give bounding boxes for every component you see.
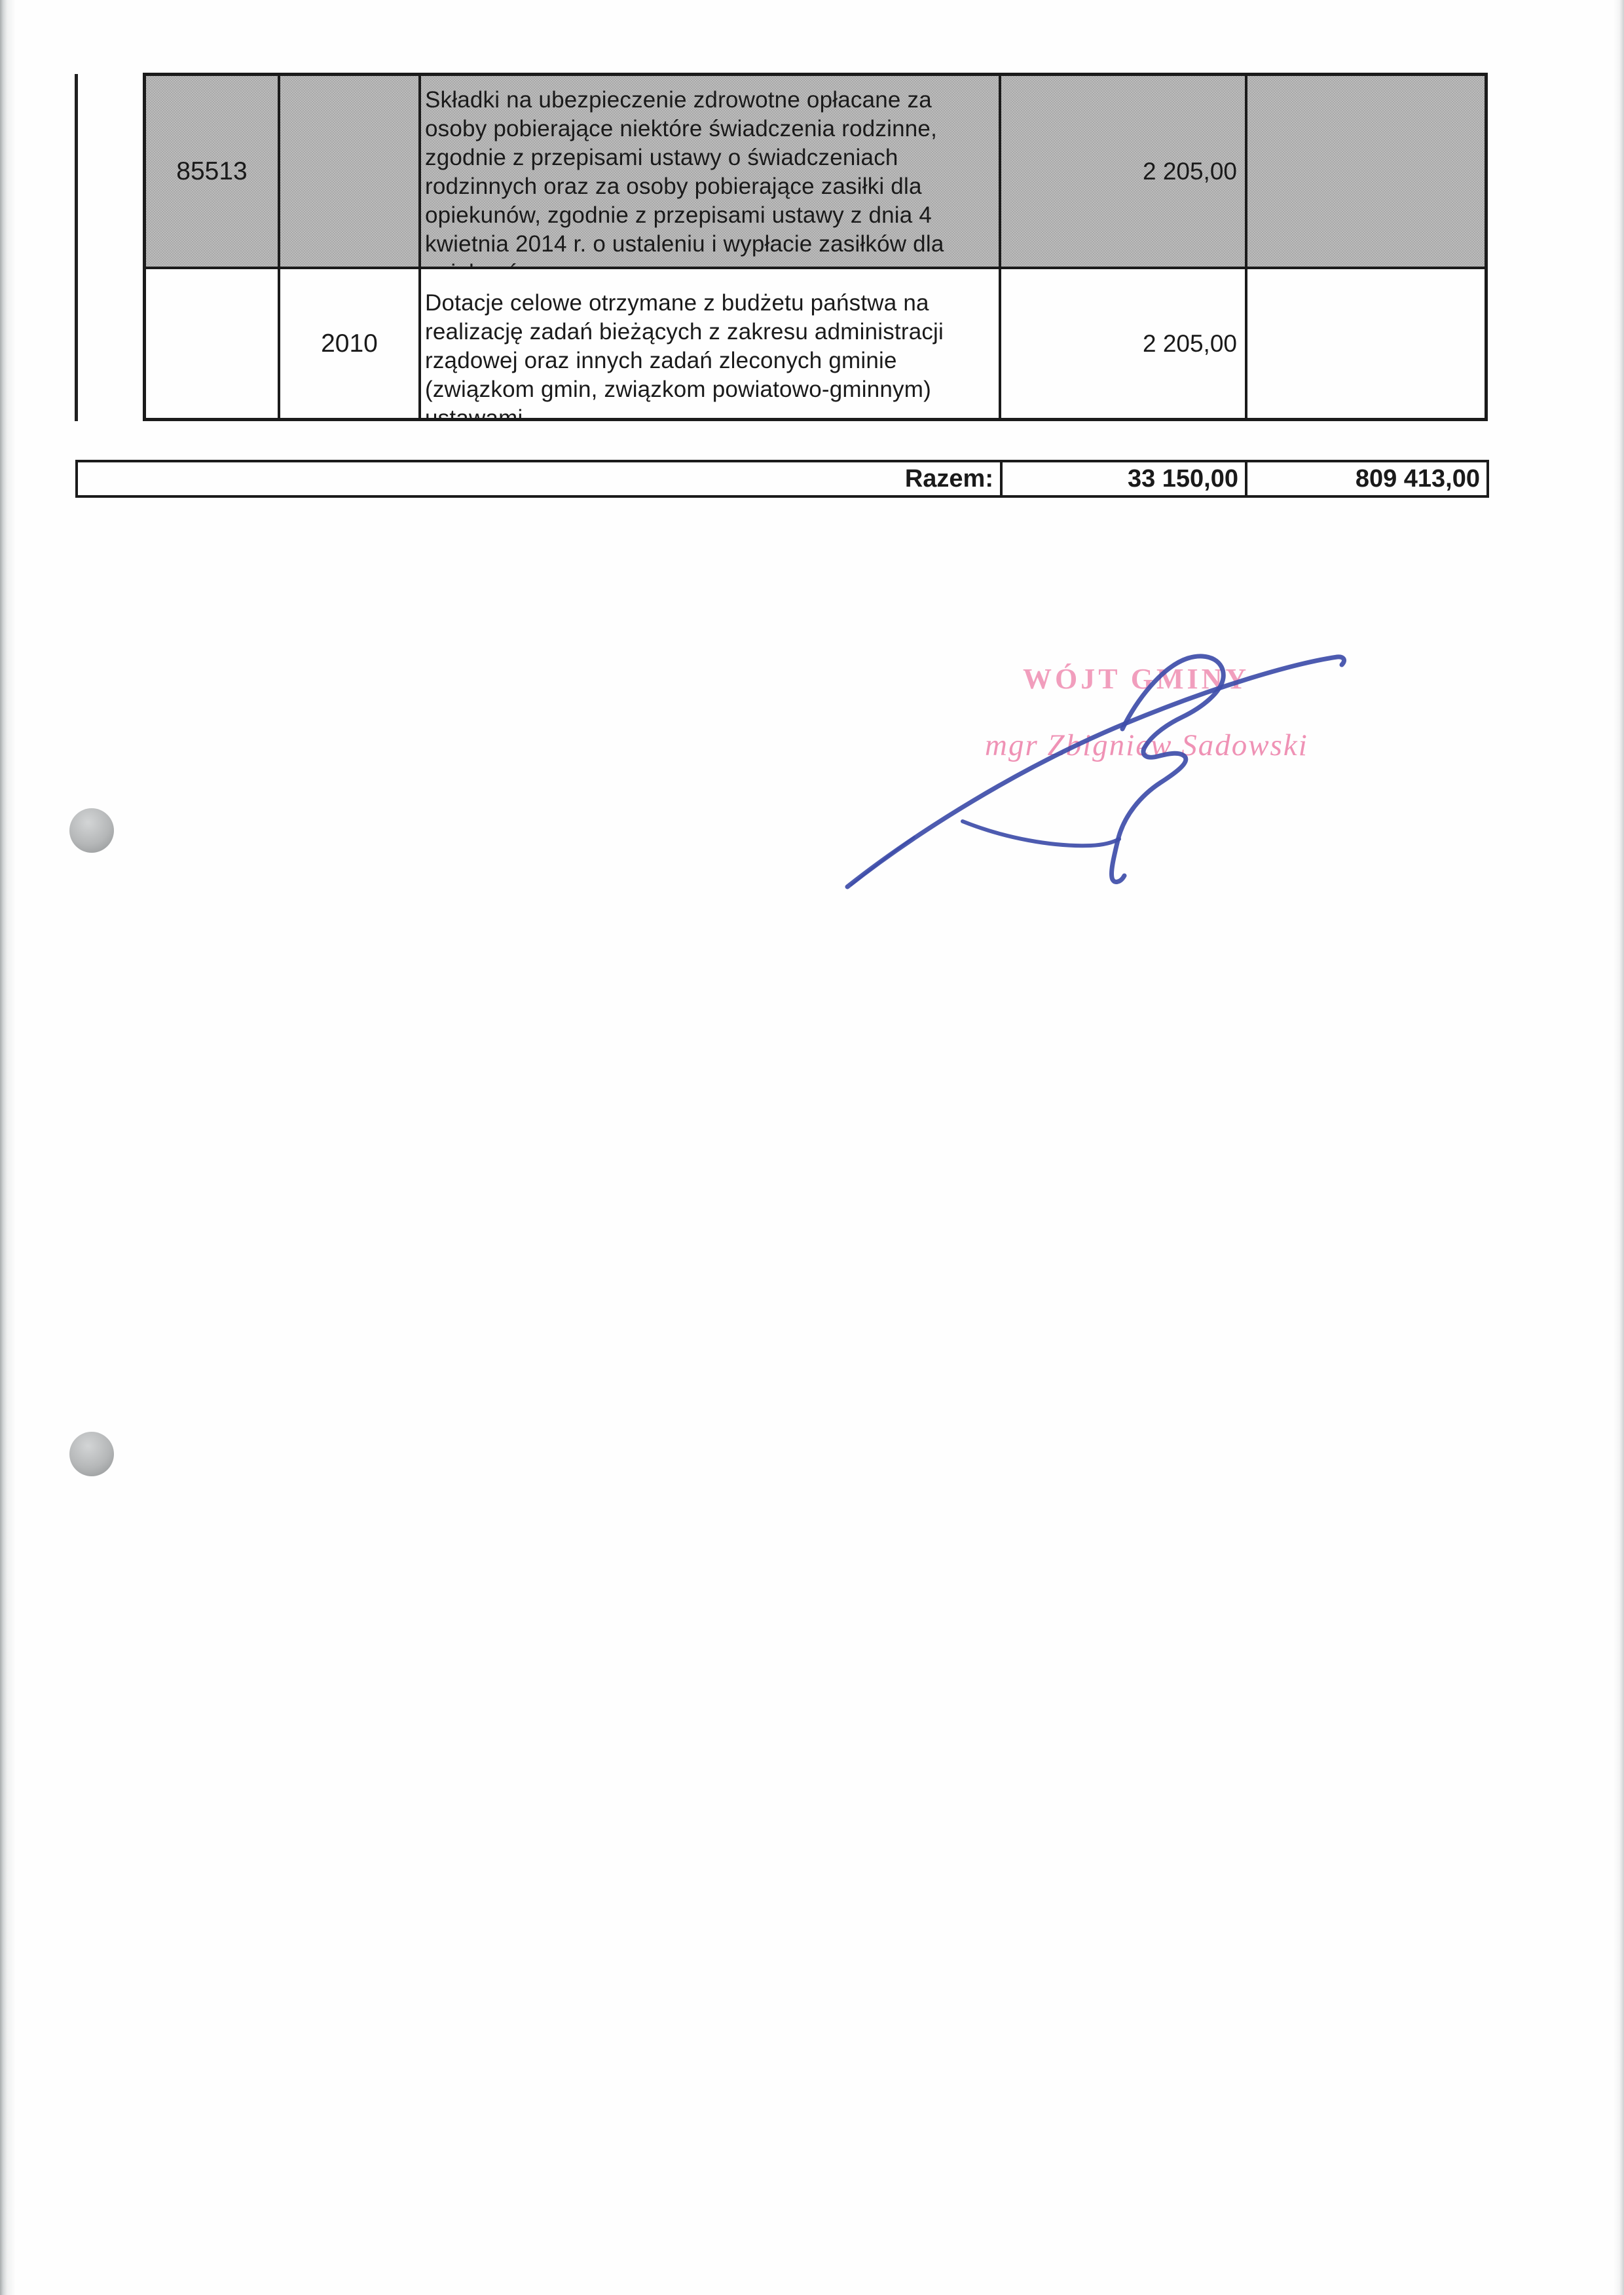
summary-label: Razem: bbox=[905, 465, 993, 493]
stamp-and-signature: WÓJT GMINY mgr Zbigniew Sadowski bbox=[825, 629, 1375, 904]
scan-left-edge-shadow bbox=[0, 0, 16, 2295]
cell-description: Dotacje celowe otrzymane z budżetu państ… bbox=[418, 267, 999, 418]
chapter-code: 85513 bbox=[176, 157, 247, 186]
cell-chapter-code: 85513 bbox=[146, 76, 278, 267]
scan-right-edge-shadow bbox=[1614, 0, 1624, 2295]
cell-amount-2 bbox=[1245, 76, 1485, 267]
summary-total-2: 809 413,00 bbox=[1356, 465, 1480, 493]
cell-description: Składki na ubezpieczenie zdrowotne opłac… bbox=[418, 76, 999, 267]
cell-paragraph-code bbox=[278, 76, 418, 267]
cell-amount: 2 205,00 bbox=[999, 76, 1245, 267]
budget-table: 85513 Składki na ubezpieczenie zdrowotne… bbox=[143, 73, 1488, 421]
punch-hole bbox=[69, 1432, 114, 1476]
cell-paragraph-code: 2010 bbox=[278, 267, 418, 418]
cell-amount: 2 205,00 bbox=[999, 267, 1245, 418]
summary-table: Razem: 33 150,00 809 413,00 bbox=[75, 460, 1489, 498]
cell-chapter-code bbox=[146, 267, 278, 418]
cell-amount-2 bbox=[1245, 267, 1485, 418]
punch-hole bbox=[69, 808, 114, 853]
amount-value: 2 205,00 bbox=[1143, 158, 1237, 185]
left-margin-line bbox=[75, 74, 78, 421]
scanned-budget-page: 85513 Składki na ubezpieczenie zdrowotne… bbox=[0, 0, 1624, 2295]
summary-label-cell: Razem: bbox=[78, 462, 1000, 495]
summary-total: 33 150,00 bbox=[1128, 465, 1238, 493]
summary-total-cell: 33 150,00 bbox=[1000, 462, 1245, 495]
amount-value: 2 205,00 bbox=[1143, 330, 1237, 358]
signature-tail-stroke bbox=[851, 837, 914, 885]
signature-arc-stroke bbox=[963, 821, 1119, 846]
paragraph-code: 2010 bbox=[321, 329, 378, 358]
summary-total-cell-2: 809 413,00 bbox=[1245, 462, 1486, 495]
